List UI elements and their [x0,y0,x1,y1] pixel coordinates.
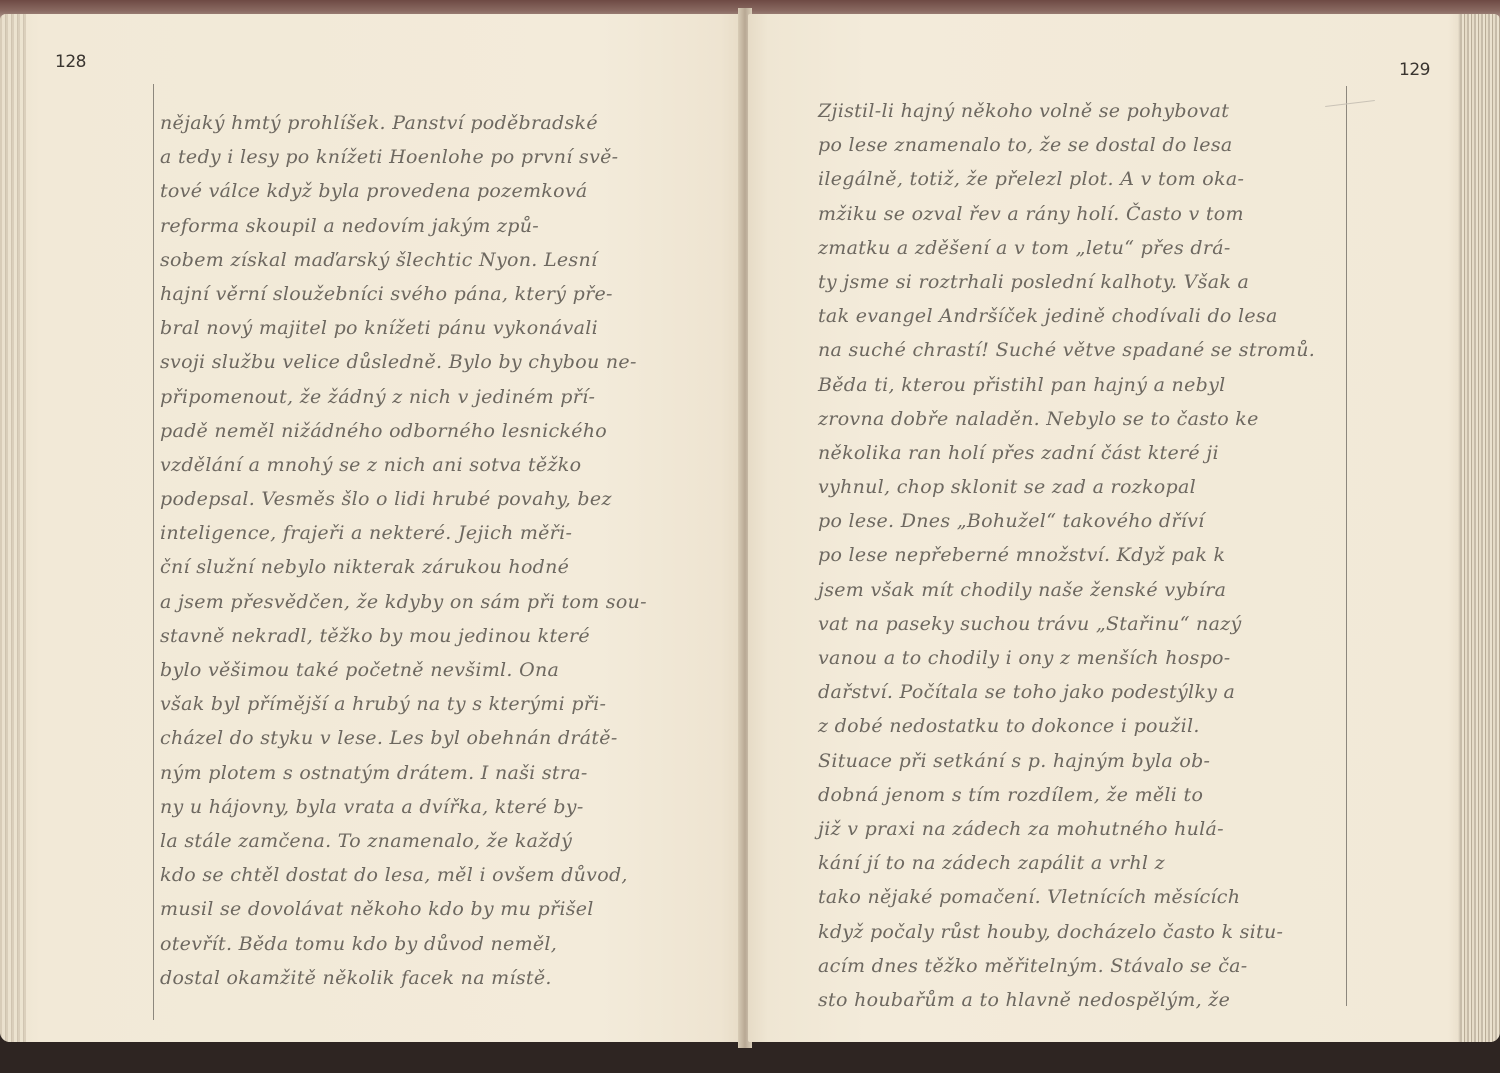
handwritten-line: kání jí to na zádech zapálit a vrhl z [818,846,1315,880]
handwritten-line: a jsem přesvědčen, že kdyby on sám při t… [160,585,647,619]
handwritten-line: když počaly růst houby, docházelo často … [818,915,1315,949]
handwritten-line: Situace při setkání s p. hajným byla ob- [818,744,1315,778]
handwritten-line: tové válce když byla provedena pozemková [160,174,647,208]
handwritten-line: po lese nepřeberné množství. Když pak k [818,538,1315,572]
handwritten-line: podepsal. Vesměs šlo o lidi hrubé povahy… [160,482,647,516]
handwritten-line: la stále zamčena. To znamenalo, že každý [160,824,647,858]
right-page-edges [1460,14,1500,1042]
handwritten-line: po lese znamenalo to, že se dostal do le… [818,128,1315,162]
handwritten-line: nějaký hmtý prohlíšek. Panství poděbrads… [160,106,647,140]
handwritten-line: ným plotem s ostnatým drátem. I naši str… [160,756,647,790]
handwritten-line: svoji službu velice důsledně. Bylo by ch… [160,345,647,379]
handwritten-line: hajní věrní sloužebníci svého pána, kter… [160,277,647,311]
handwritten-line: Běda ti, kterou přistihl pan hajný a neb… [818,368,1315,402]
handwritten-line: sobem získal maďarský šlechtic Nyon. Les… [160,243,647,277]
handwritten-line: tako nějaké pomačení. Vletnících měsícíc… [818,880,1315,914]
handwritten-line: ční služní nebylo nikterak zárukou hodné [160,550,647,584]
handwritten-line: ty jsme si roztrhali poslední kalhoty. V… [818,265,1315,299]
handwritten-line: ilegálně, totiž, že přelezl plot. A v to… [818,162,1315,196]
handwritten-line: otevřít. Běda tomu kdo by důvod neměl, [160,927,647,961]
handwritten-line: inteligence, frajeři a nekteré. Jejich m… [160,516,647,550]
left-margin-rule [153,84,154,1020]
handwritten-line: padě neměl nižádného odborného lesnickéh… [160,414,647,448]
handwritten-line: z dobé nedostatku to dokonce i použil. [818,709,1315,743]
handwritten-line: vanou a to chodily i ony z menších hospo… [818,641,1315,675]
handwritten-line: připomenout, že žádný z nich v jediném p… [160,380,647,414]
handwritten-line: několika ran holí přes zadní část které … [818,436,1315,470]
page-number-right: 129 [1399,60,1430,80]
handwritten-line: cházel do styku v lese. Les byl obehnán … [160,721,647,755]
handwritten-line: na suché chrastí! Suché větve spadané se… [818,333,1315,367]
right-margin-rule [1346,86,1347,1006]
handwritten-line: dařství. Počítala se toho jako podestýlk… [818,675,1315,709]
handwritten-line: dobná jenom s tím rozdílem, že měli to [818,778,1315,812]
handwritten-line: již v praxi na zádech za mohutného hulá- [818,812,1315,846]
handwritten-line: vzdělání a mnohý se z nich ani sotva těž… [160,448,647,482]
page-number-left: 128 [55,52,86,72]
handwritten-line: musil se dovolávat někoho kdo by mu přiš… [160,892,647,926]
right-page-text: Zjistil-li hajný někoho volně se pohybov… [818,94,1315,1017]
handwritten-line: vat na paseky suchou trávu „Stařinu“ naz… [818,607,1315,641]
left-page-text: nějaký hmtý prohlíšek. Panství poděbrads… [160,106,647,995]
handwritten-line: a tedy i lesy po knížeti Hoenlohe po prv… [160,140,647,174]
left-page: 128 nějaký hmtý prohlíšek. Panství poděb… [0,14,742,1042]
handwritten-line: však byl přímější a hrubý na ty s kterým… [160,687,647,721]
handwritten-line: vyhnul, chop sklonit se zad a rozkopal [818,470,1315,504]
handwritten-line: kdo se chtěl dostat do lesa, měl i ovšem… [160,858,647,892]
handwritten-line: bylo věšimou také početně nevšiml. Ona [160,653,647,687]
handwritten-line: mžiku se ozval řev a rány holí. Často v … [818,197,1315,231]
handwritten-line: jsem však mít chodily naše ženské vybíra [818,573,1315,607]
handwritten-line: stavně nekradl, těžko by mou jedinou kte… [160,619,647,653]
handwritten-line: acím dnes těžko měřitelným. Stávalo se č… [818,949,1315,983]
handwritten-line: zrovna dobře naladěn. Nebylo se to často… [818,402,1315,436]
handwritten-line: sto houbařům a to hlavně nedospělým, že [818,983,1315,1017]
scan-background [0,1048,1500,1073]
handwritten-line: ny u hájovny, byla vrata a dvířka, které… [160,790,647,824]
left-page-edges [0,14,26,1042]
handwritten-line: zmatku a zděšení a v tom „letu“ přes drá… [818,231,1315,265]
handwritten-line: Zjistil-li hajný někoho volně se pohybov… [818,94,1315,128]
open-book: 128 nějaký hmtý prohlíšek. Panství poděb… [0,8,1500,1048]
handwritten-line: po lese. Dnes „Bohužel“ takového dříví [818,504,1315,538]
handwritten-line: bral nový majitel po knížeti pánu vykoná… [160,311,647,345]
handwritten-line: tak evangel Andršíček jedině chodívali d… [818,299,1315,333]
handwritten-line: dostal okamžitě několik facek na místě. [160,961,647,995]
handwritten-line: reforma skoupil a nedovím jakým způ- [160,209,647,243]
